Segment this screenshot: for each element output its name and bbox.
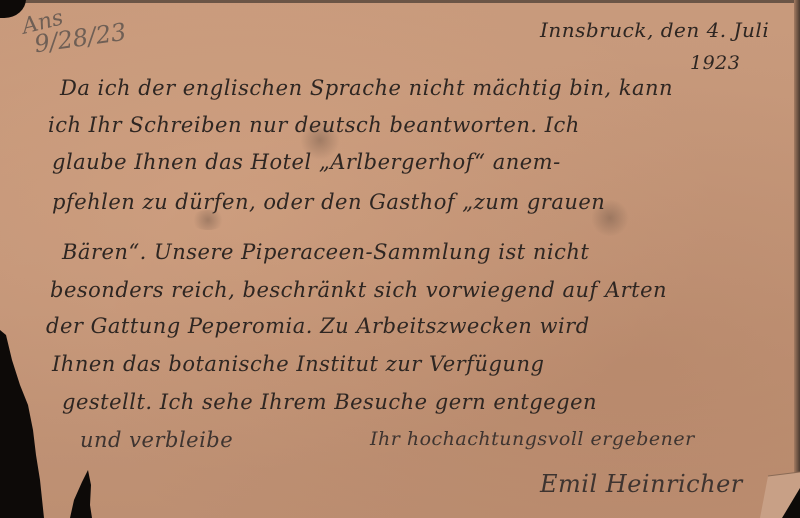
- signature: Emil Heinricher: [540, 470, 743, 498]
- place-date: Innsbruck, den 4. Juli: [540, 18, 769, 42]
- body-line-6: besonders reich, beschränkt sich vorwieg…: [50, 278, 667, 302]
- folded-corner-bottom-right: [740, 468, 800, 518]
- closing: Ihr hochachtungsvoll ergebener: [370, 428, 695, 450]
- body-line-4: pfehlen zu dürfen, oder den Gasthof „zum…: [52, 190, 605, 214]
- paper-right-edge: [794, 0, 800, 518]
- body-line-7: der Gattung Peperomia. Zu Arbeitszwecken…: [46, 314, 590, 338]
- body-line-3: glaube Ihnen das Hotel „Arlbergerhof“ an…: [52, 150, 561, 174]
- letter-page: Ans 9/28/23 Innsbruck, den 4. Juli 1923 …: [0, 0, 800, 518]
- body-line-10: und verbleibe: [80, 428, 233, 452]
- body-line-8: Ihnen das botanische Institut zur Verfüg…: [52, 352, 544, 376]
- body-line-5: Bären“. Unsere Piperaceen-Sammlung ist n…: [62, 240, 589, 264]
- torn-notch-bottom: [60, 460, 100, 518]
- body-line-1: Da ich der englischen Sprache nicht mäch…: [60, 76, 673, 100]
- body-line-2: ich Ihr Schreiben nur deutsch beantworte…: [48, 113, 580, 137]
- torn-edge-left: [0, 0, 60, 518]
- body-line-9: gestellt. Ich sehe Ihrem Besuche gern en…: [62, 390, 597, 414]
- year: 1923: [690, 52, 740, 74]
- paper-top-edge: [0, 0, 800, 3]
